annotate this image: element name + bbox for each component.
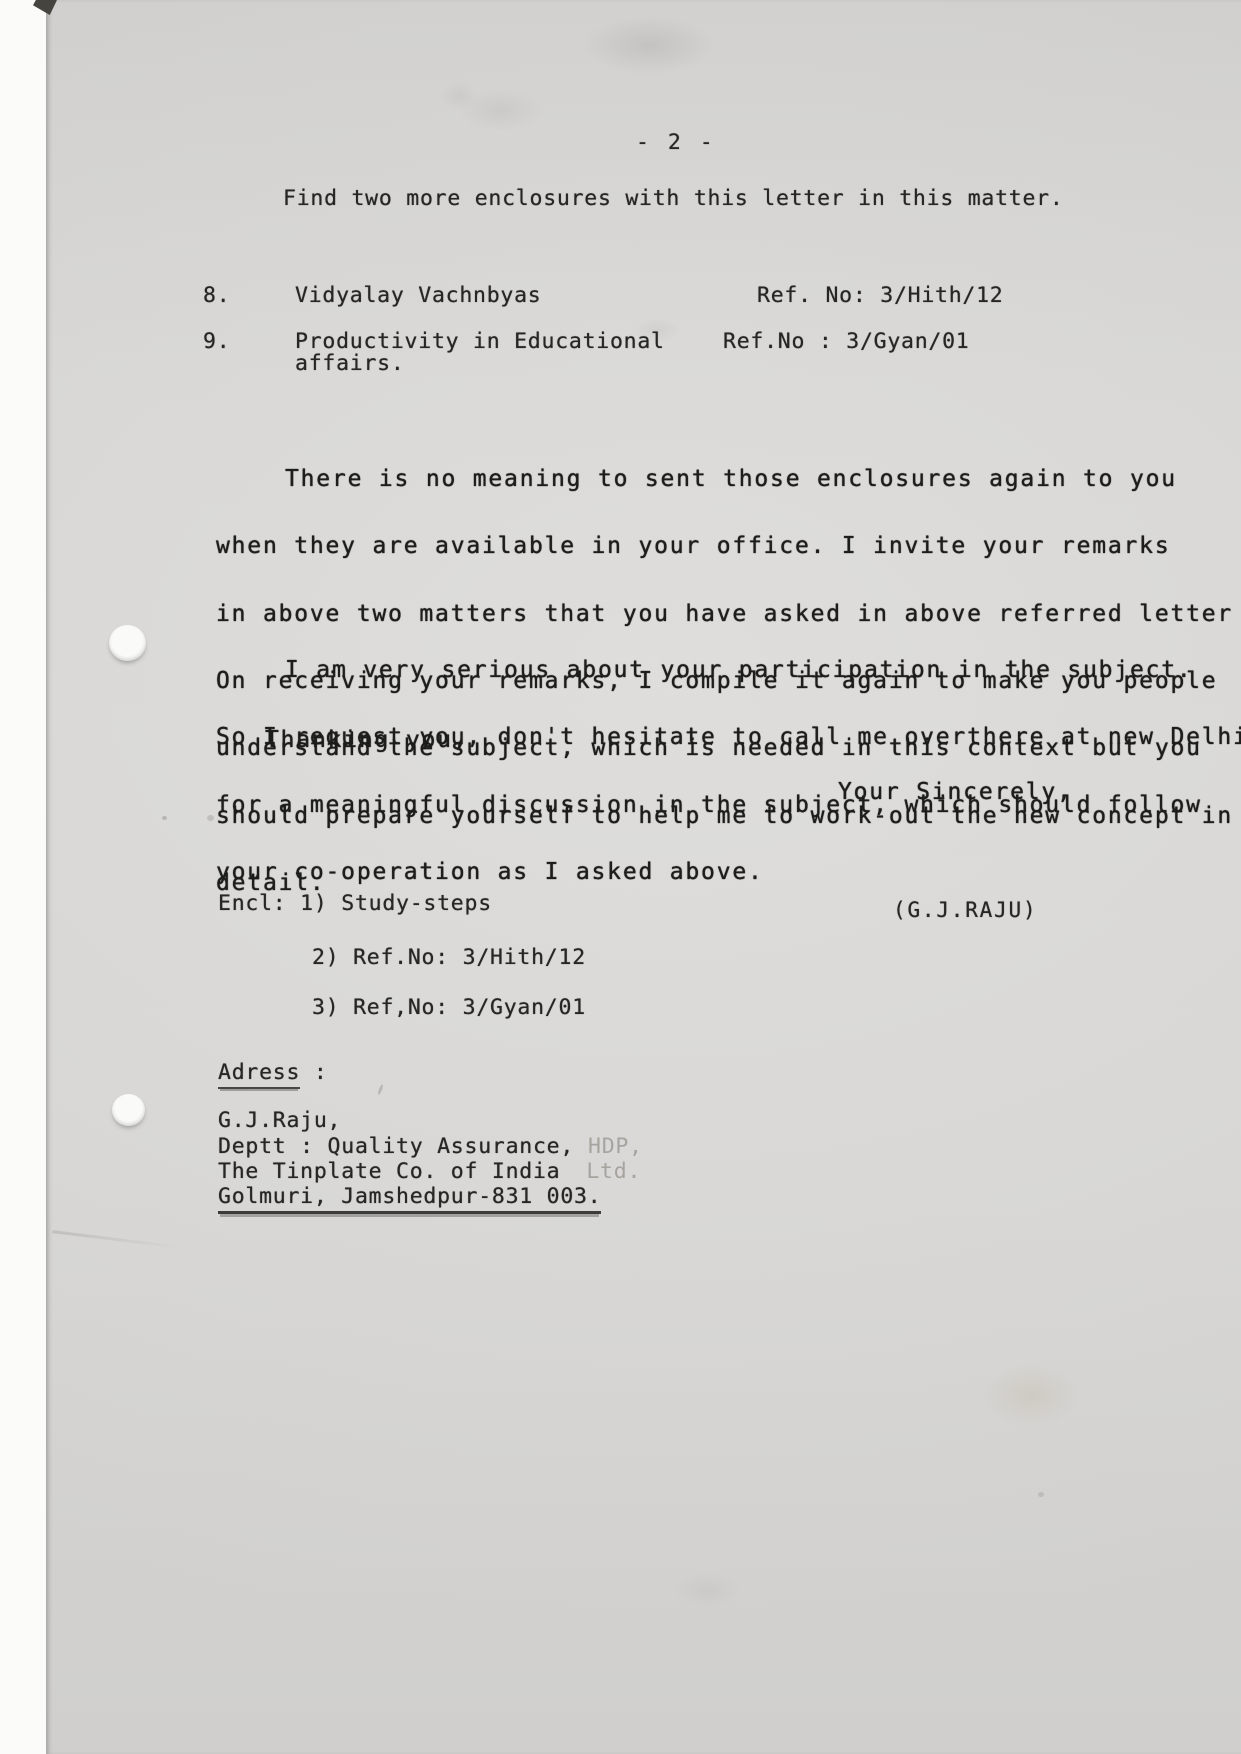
enclosure-item-9-ref: Ref.No : 3/Gyan/01 [723,331,970,353]
encl-line-3: 3) Ref,No: 3/Gyan/01 [312,997,586,1019]
address-heading-word: Adress [218,1060,300,1089]
address-heading: Adress : [218,1062,328,1084]
thanking-line: Thanking you, [265,729,468,751]
address-line-2: Deptt : Quality Assurance,HDP, [218,1136,643,1158]
address-line-3-main: The Tinplate Co. of India [218,1159,560,1184]
address-line-2-main: Deptt : Quality Assurance, [218,1134,574,1159]
hole-punch-bottom [112,1094,145,1126]
paragraph-line: There is no meaning to sent those enclos… [216,468,1233,490]
speck [162,816,167,820]
hole-punch-top [109,625,146,661]
address-line-4-text: Golmuri, Jamshedpur-831 003. [218,1184,601,1214]
encl-line-1: Encl: 1) Study-steps [218,893,492,915]
encl-line-2: 2) Ref.No: 3/Hith/12 [312,947,586,969]
address-line-4: Golmuri, Jamshedpur-831 003. [218,1186,601,1208]
address-line-1: G.J.Raju, [218,1110,341,1132]
closing-line: Your Sincerely, [838,781,1073,803]
address-heading-colon: : [300,1060,327,1085]
enclosure-item-8-number: 8. [203,285,230,307]
enclosure-item-9-number: 9. [203,331,230,353]
speck [207,815,214,821]
paragraph-line: I am very serious about your participati… [216,659,1241,681]
enclosure-item-8-ref: Ref. No: 3/Hith/12 [757,285,1004,307]
paragraph-line: your co-operation as I asked above. [216,861,1241,883]
enclosure-item-8-title: Vidyalay Vachnbyas [295,285,542,307]
paragraph-line: when they are available in your office. … [216,535,1233,557]
scanned-letter-page: - 2 - Find two more enclosures with this… [0,0,1241,1754]
enclosure-item-9-title-line2: affairs. [295,353,405,375]
paragraph-2: I am very serious about your participati… [216,614,1241,928]
address-line-3-faded: Ltd. [586,1159,641,1184]
address-line-3: The Tinplate Co. of IndiaLtd. [218,1161,641,1183]
signature-name: (G.J.RAJU) [893,899,1037,921]
paragraph-line: for a meaningful discussion in the subje… [216,794,1241,816]
speck [1038,1492,1044,1497]
intro-line: Find two more enclosures with this lette… [283,188,1064,210]
page-number: - 2 - [636,132,716,154]
address-line-2-faded: HDP, [588,1134,643,1159]
